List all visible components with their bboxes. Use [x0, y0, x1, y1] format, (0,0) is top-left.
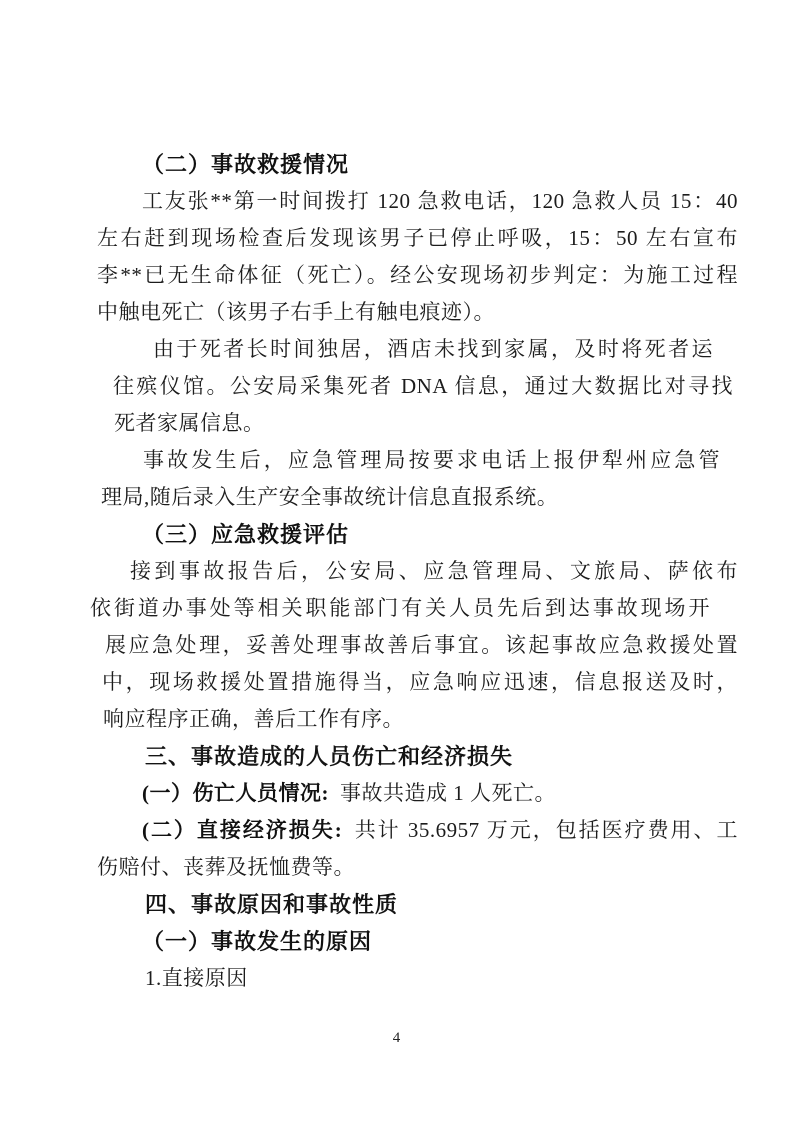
inline-heading-economic-loss: (二）直接经济损失: [142, 818, 342, 842]
body-line: 左右赶到现场检查后发现该男子已停止呼吸，15：50 左右宣布 [97, 220, 738, 257]
document-page: （二）事故救援情况 工友张**第一时间拨打 120 急救电话，120 急救人员 … [0, 0, 793, 1122]
body-line: 中触电死亡（该男子右手上有触电痕迹）。 [97, 294, 738, 331]
section-heading-cause-of-accident: （一）事故发生的原因 [142, 923, 738, 960]
body-line: 依街道办事处等相关职能部门有关人员先后到达事故现场开 [90, 590, 710, 627]
document-body: （二）事故救援情况 工友张**第一时间拨打 120 急救电话，120 急救人员 … [97, 146, 738, 997]
body-line: 伤赔付、丧葬及抚恤费等。 [97, 849, 738, 886]
chapter-heading-casualties: 三、事故造成的人员伤亡和经济损失 [145, 738, 738, 775]
body-line: (一）伤亡人员情况:事故共造成 1 人死亡。 [142, 775, 738, 812]
body-line: 响应程序正确，善后工作有序。 [103, 701, 738, 738]
body-line: 中，现场救援处置措施得当，应急响应迅速，信息报送及时， [102, 664, 738, 701]
body-line: 工友张**第一时间拨打 120 急救电话，120 急救人员 15：40 [142, 183, 738, 220]
chapter-heading-causes: 四、事故原因和事故性质 [145, 886, 738, 923]
section-heading-rescue: （二）事故救援情况 [142, 146, 738, 183]
body-line: 1.直接原因 [145, 960, 738, 997]
body-line: 事故发生后，应急管理局按要求电话上报伊犁州应急管 [143, 442, 720, 479]
body-line: 接到事故报告后，公安局、应急管理局、文旅局、萨依布 [130, 553, 738, 590]
body-line: 由于死者长时间独居，酒店未找到家属，及时将死者运 [153, 331, 713, 368]
inline-heading-value: 事故共造成 1 人死亡。 [340, 781, 556, 805]
body-line: 往殡仪馆。公安局采集死者 DNA 信息，通过大数据比对寻找 [113, 368, 733, 405]
page-number: 4 [0, 1030, 793, 1047]
body-line: 李**已无生命体征（死亡）。经公安现场初步判定：为施工过程 [97, 257, 738, 294]
body-line: 死者家属信息。 [114, 405, 738, 442]
inline-heading-value: 共计 35.6957 万元，包括医疗费用、工 [353, 818, 738, 842]
section-heading-evaluation: （三）应急救援评估 [142, 516, 738, 553]
body-line: 展应急处理，妥善处理事故善后事宜。该起事故应急救援处置 [105, 627, 738, 664]
body-line: 理局,随后录入生产安全事故统计信息直报系统。 [101, 479, 738, 516]
body-line: (二）直接经济损失:共计 35.6957 万元，包括医疗费用、工 [142, 812, 738, 849]
inline-heading-casualty: (一）伤亡人员情况: [142, 781, 329, 805]
